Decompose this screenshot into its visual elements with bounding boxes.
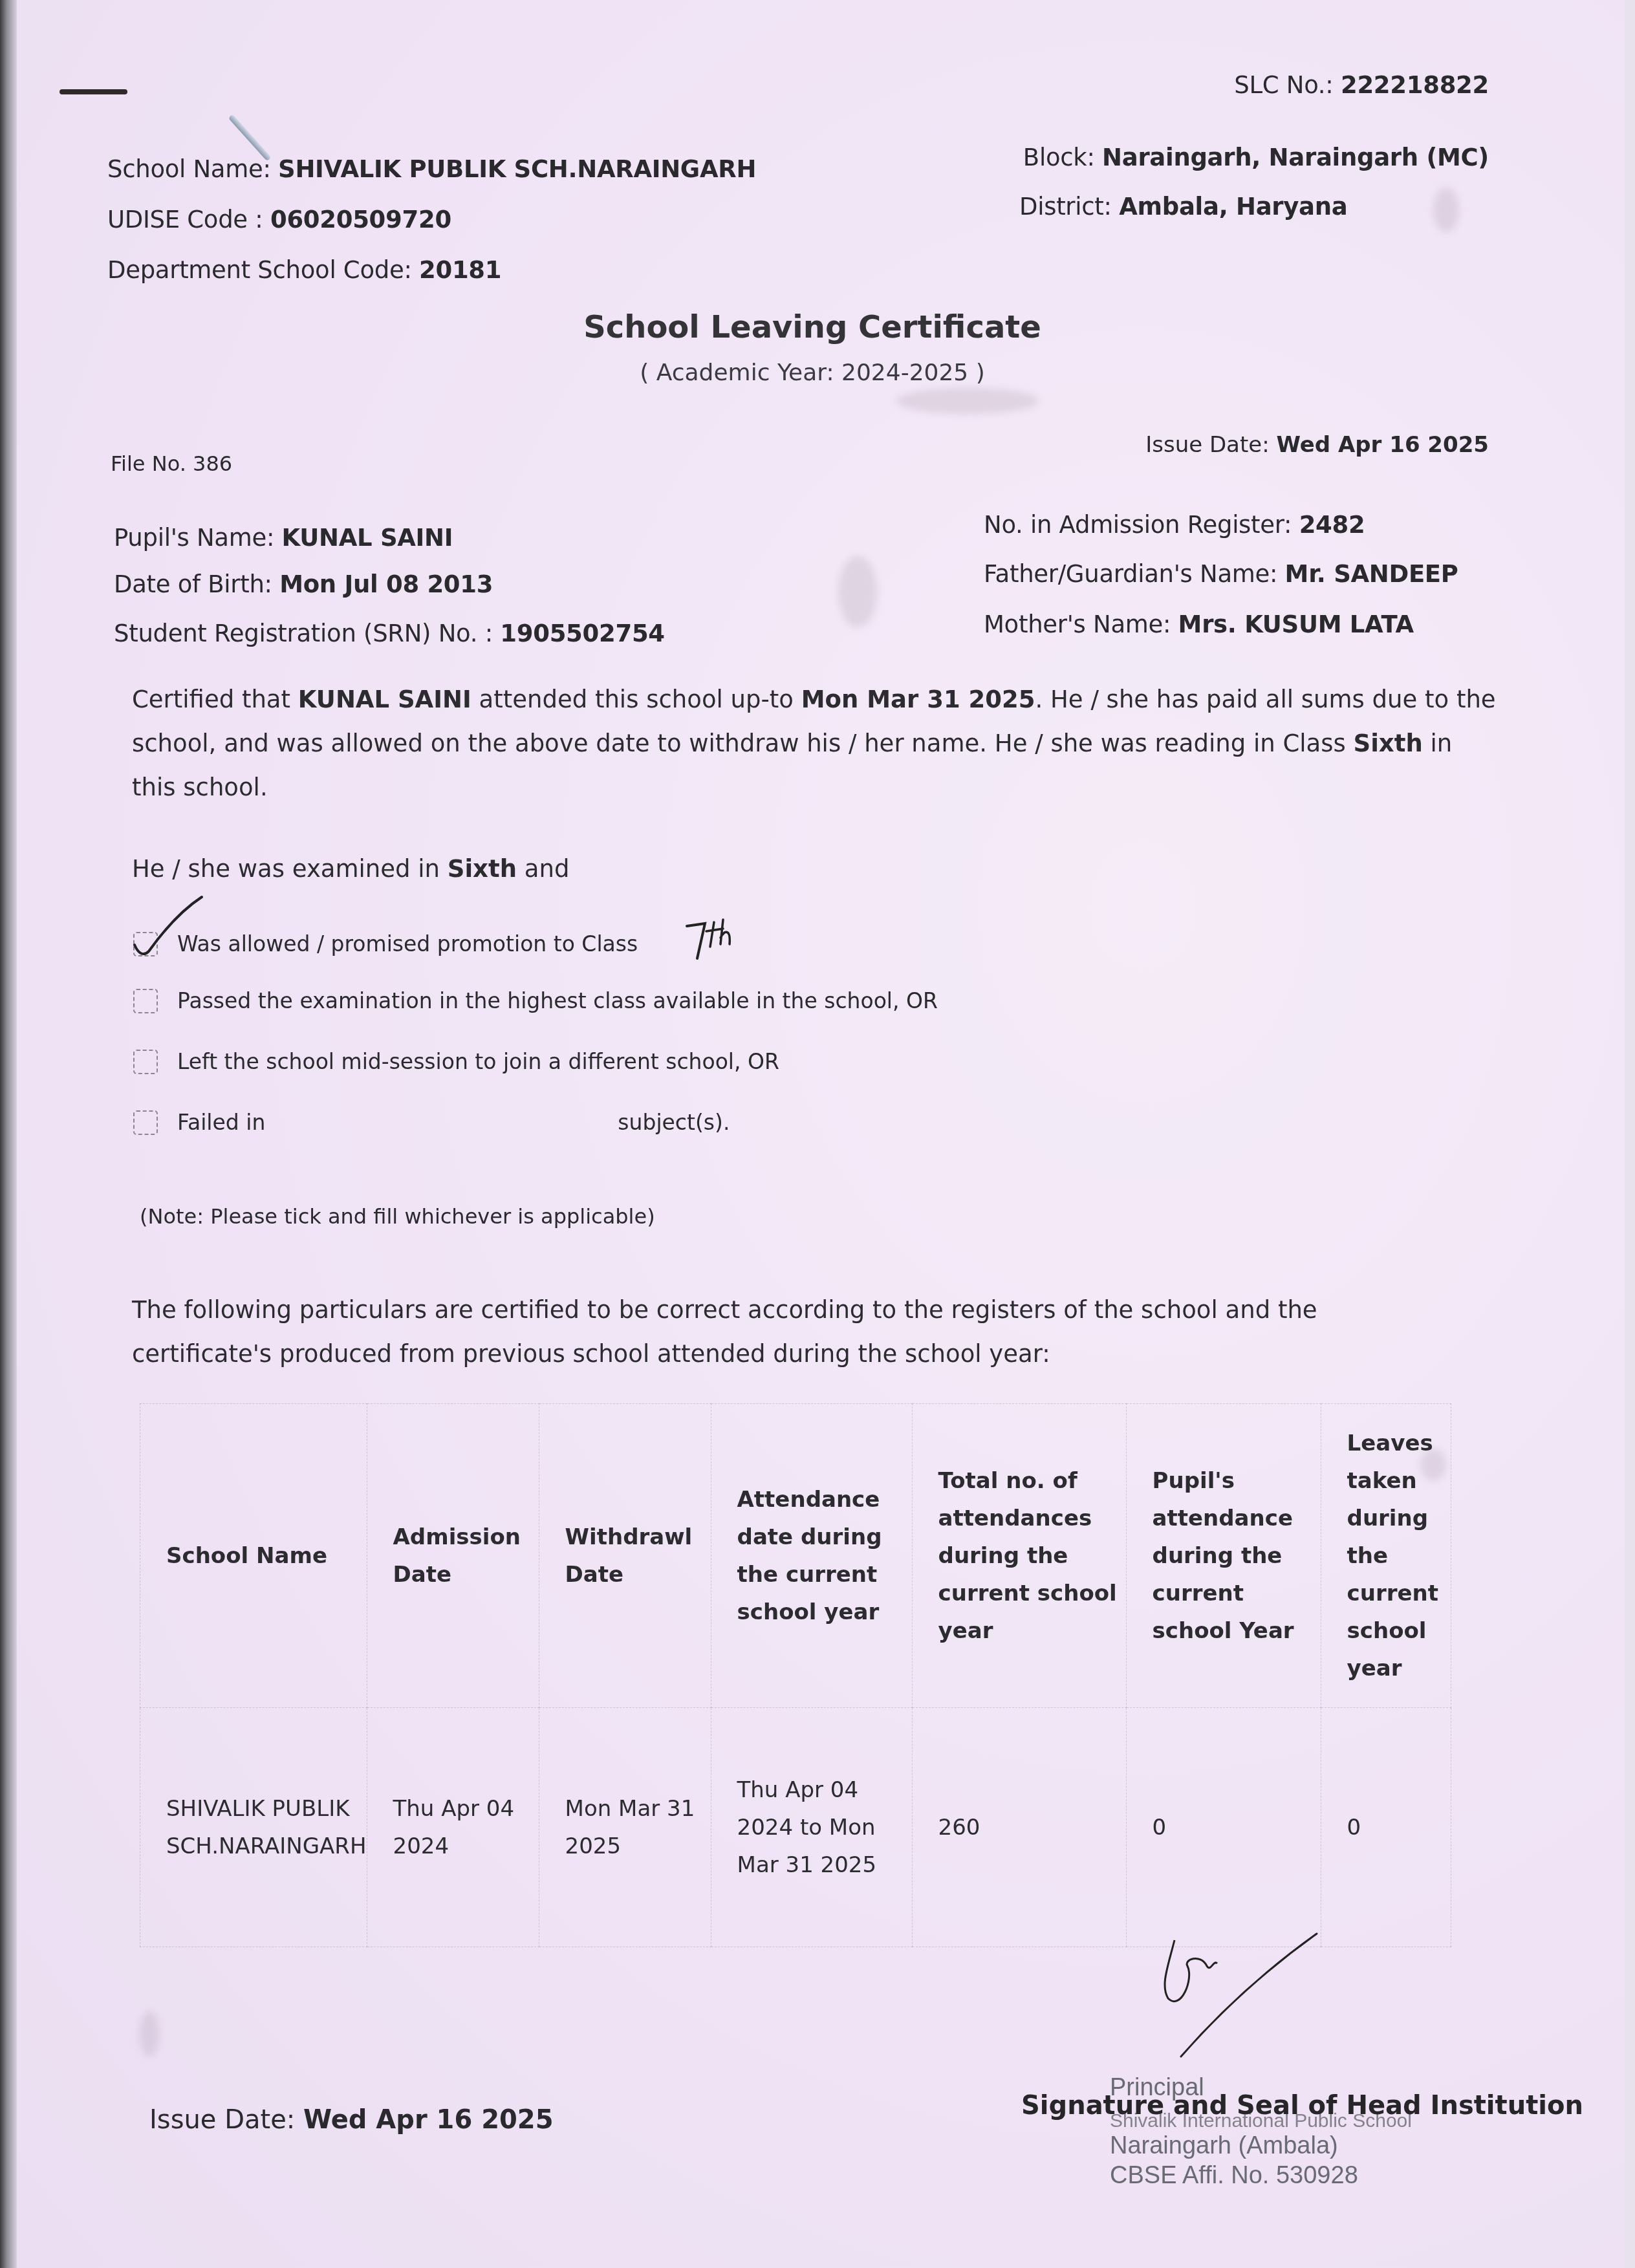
checkbox-passed-highest-class[interactable] bbox=[133, 989, 158, 1013]
option-left-mid-session[interactable]: Left the school mid-session to join a di… bbox=[133, 1049, 779, 1074]
checkmark-icon bbox=[129, 894, 207, 966]
option-passed-highest-class[interactable]: Passed the examination in the highest cl… bbox=[133, 988, 938, 1013]
checkbox-promotion[interactable] bbox=[133, 932, 158, 956]
principal-signature bbox=[1155, 1927, 1349, 2063]
signature-label: Signature and Seal of Head Institution bbox=[1021, 2091, 1583, 2121]
scan-edge-left bbox=[0, 0, 17, 2268]
table-header-row: School Name Admission Date Withdrawl Dat… bbox=[140, 1404, 1451, 1708]
staple-pin bbox=[228, 114, 272, 161]
file-number: File No. 386 bbox=[111, 451, 232, 476]
smudge bbox=[140, 2011, 159, 2057]
cell-school-name: SHIVALIK PUBLIK SCH.NARAINGARH bbox=[140, 1708, 367, 1947]
academic-year: ( Academic Year: 2024-2025 ) bbox=[17, 360, 1608, 386]
staple-mark bbox=[60, 89, 127, 94]
udise-code: UDISE Code : 06020509720 bbox=[107, 206, 451, 233]
pupil-name: Pupil's Name: KUNAL SAINI bbox=[114, 524, 453, 552]
col-leaves-taken: Leaves taken during the current school y… bbox=[1321, 1404, 1451, 1708]
smudge bbox=[838, 556, 877, 627]
certificate-page: SLC No.: 222218822 School Name: SHIVALIK… bbox=[17, 0, 1625, 2268]
slc-number-value: 222218822 bbox=[1341, 71, 1489, 99]
slc-number: SLC No.: 222218822 bbox=[1234, 71, 1489, 99]
father-name: Father/Guardian's Name: Mr. SANDEEP bbox=[984, 560, 1458, 588]
handwritten-class-7th bbox=[683, 918, 754, 964]
issue-date-bottom: Issue Date: Wed Apr 16 2025 bbox=[149, 2105, 554, 2135]
school-name: School Name: SHIVALIK PUBLIK SCH.NARAING… bbox=[107, 155, 756, 183]
col-total-attendances: Total no. of attendances during the curr… bbox=[912, 1404, 1126, 1708]
certificate-title: School Leaving Certificate bbox=[17, 309, 1608, 345]
cell-withdrawl-date: Mon Mar 31 2025 bbox=[539, 1708, 711, 1947]
date-of-birth: Date of Birth: Mon Jul 08 2013 bbox=[114, 570, 493, 598]
col-school-name: School Name bbox=[140, 1404, 367, 1708]
attendance-table: School Name Admission Date Withdrawl Dat… bbox=[140, 1403, 1451, 1947]
option-failed[interactable]: Failed in subject(s). bbox=[133, 1110, 730, 1135]
col-pupil-attendance: Pupil's attendance during the current sc… bbox=[1126, 1404, 1321, 1708]
smudge bbox=[1433, 188, 1459, 233]
checkbox-left-mid-session[interactable] bbox=[133, 1050, 158, 1074]
col-admission-date: Admission Date bbox=[367, 1404, 539, 1708]
srn-number: Student Registration (SRN) No. : 1905502… bbox=[114, 620, 665, 647]
cell-leaves-taken: 0 bbox=[1321, 1708, 1451, 1947]
col-withdrawl-date: Withdrawl Date bbox=[539, 1404, 711, 1708]
certification-paragraph: Certified that KUNAL SAINI attended this… bbox=[132, 678, 1497, 810]
smudge bbox=[896, 388, 1039, 414]
issue-date-top: Issue Date: Wed Apr 16 2025 bbox=[1145, 432, 1489, 458]
admission-register-number: No. in Admission Register: 2482 bbox=[984, 511, 1365, 539]
particulars-intro: The following particulars are certified … bbox=[132, 1288, 1425, 1376]
department-school-code: Department School Code: 20181 bbox=[107, 256, 501, 284]
mother-name: Mother's Name: Mrs. KUSUM LATA bbox=[984, 610, 1414, 638]
cell-total-attendances: 260 bbox=[912, 1708, 1126, 1947]
examined-statement: He / she was examined in Sixth and bbox=[132, 847, 1497, 891]
cell-attendance-date: Thu Apr 04 2024 to Mon Mar 31 2025 bbox=[711, 1708, 912, 1947]
cell-admission-date: Thu Apr 04 2024 bbox=[367, 1708, 539, 1947]
district: District: Ambala, Haryana bbox=[1019, 193, 1347, 221]
col-attendance-date: Attendance date during the current schoo… bbox=[711, 1404, 912, 1708]
option-promotion[interactable]: Was allowed / promised promotion to Clas… bbox=[133, 931, 638, 956]
block: Block: Naraingarh, Naraingarh (MC) bbox=[1023, 144, 1489, 171]
checkbox-failed[interactable] bbox=[133, 1110, 158, 1135]
cell-pupil-attendance: 0 bbox=[1126, 1708, 1321, 1947]
scan-edge-right bbox=[1624, 0, 1635, 2268]
table-row: SHIVALIK PUBLIK SCH.NARAINGARH Thu Apr 0… bbox=[140, 1708, 1451, 1947]
note: (Note: Please tick and fill whichever is… bbox=[140, 1204, 655, 1229]
